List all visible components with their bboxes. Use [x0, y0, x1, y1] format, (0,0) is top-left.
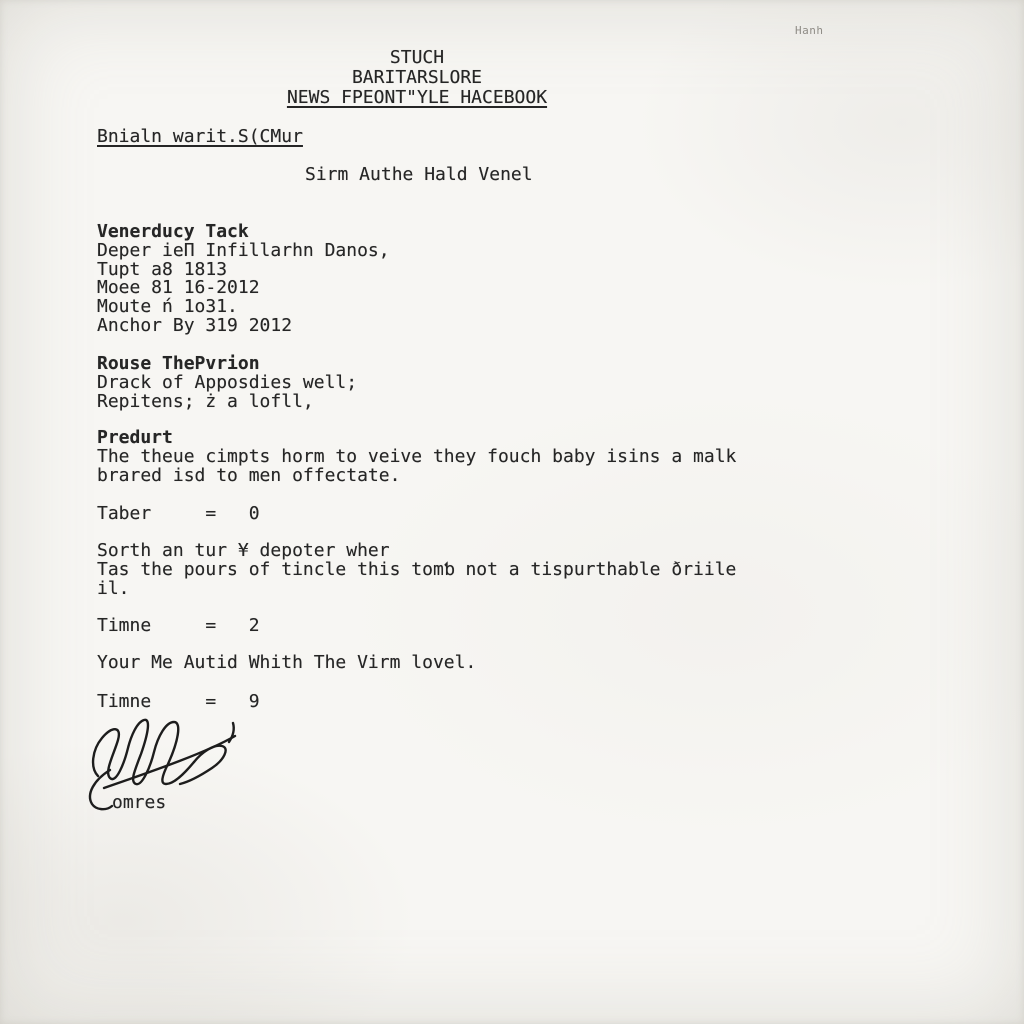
section-rouse-heading: Rouse ThePvrion [97, 355, 357, 374]
signer-name: omres [112, 794, 166, 813]
venerducy-line: Anchor By 319 2012 [97, 317, 390, 336]
section-predurt-heading: Predurt [97, 429, 736, 448]
section-rouse: Rouse ThePvrion Drack of Apposdies well;… [97, 355, 357, 411]
letterhead-line-2: BARITARSLORE [117, 68, 717, 88]
timne-score-line-2: Timne = 9 [97, 693, 260, 712]
venerducy-line: Deper ieΠ Infillarhn Danos, [97, 242, 390, 261]
sorth-line: Sorth an tur ¥ depoter wher [97, 542, 736, 561]
closing-line: Your Me Autid Whith The Virm lovel. [97, 654, 476, 673]
letterhead-line-3: NEWS FPEONT"YLE HACEBOOK [287, 87, 547, 108]
predurt-line: The theue cimpts horm to veive they fouc… [97, 448, 736, 467]
corner-mark: Hanh [795, 24, 824, 37]
reference-block: Bnialn warit.S(CMur [97, 127, 303, 147]
reference-line: Bnialn warit.S(CMur [97, 126, 303, 147]
scanned-letter-page: Hanh STUCH BARITARSLORE NEWS FPEONT"YLE … [0, 0, 1024, 1024]
rouse-line: Drack of Apposdies well; [97, 374, 357, 393]
section-predurt: Predurt The theue cimpts horm to veive t… [97, 429, 736, 485]
sorth-paragraph: Sorth an tur ¥ depoter wher Tas the pour… [97, 542, 736, 598]
letterhead-line-1: STUCH [117, 48, 717, 68]
section-venerducy-heading: Venerducy Tack [97, 223, 390, 242]
taber-score-line: Taber = 0 [97, 505, 260, 524]
section-venerducy: Venerducy Tack Deper ieΠ Infillarhn Dano… [97, 223, 390, 336]
letterhead: STUCH BARITARSLORE NEWS FPEONT"YLE HACEB… [117, 48, 717, 108]
attention-line: Sirm Authe Hald Venel [305, 166, 533, 185]
sorth-line: Tas the pours of tincle this tomƅ not a … [97, 561, 736, 580]
sorth-line: il. [97, 580, 736, 599]
predurt-line: brared isd to men offectate. [97, 467, 736, 486]
rouse-line: Repitens; ż a lofll, [97, 393, 357, 412]
timne-score-line-1: Timne = 2 [97, 617, 260, 636]
signature-scribble-icon [84, 710, 254, 815]
